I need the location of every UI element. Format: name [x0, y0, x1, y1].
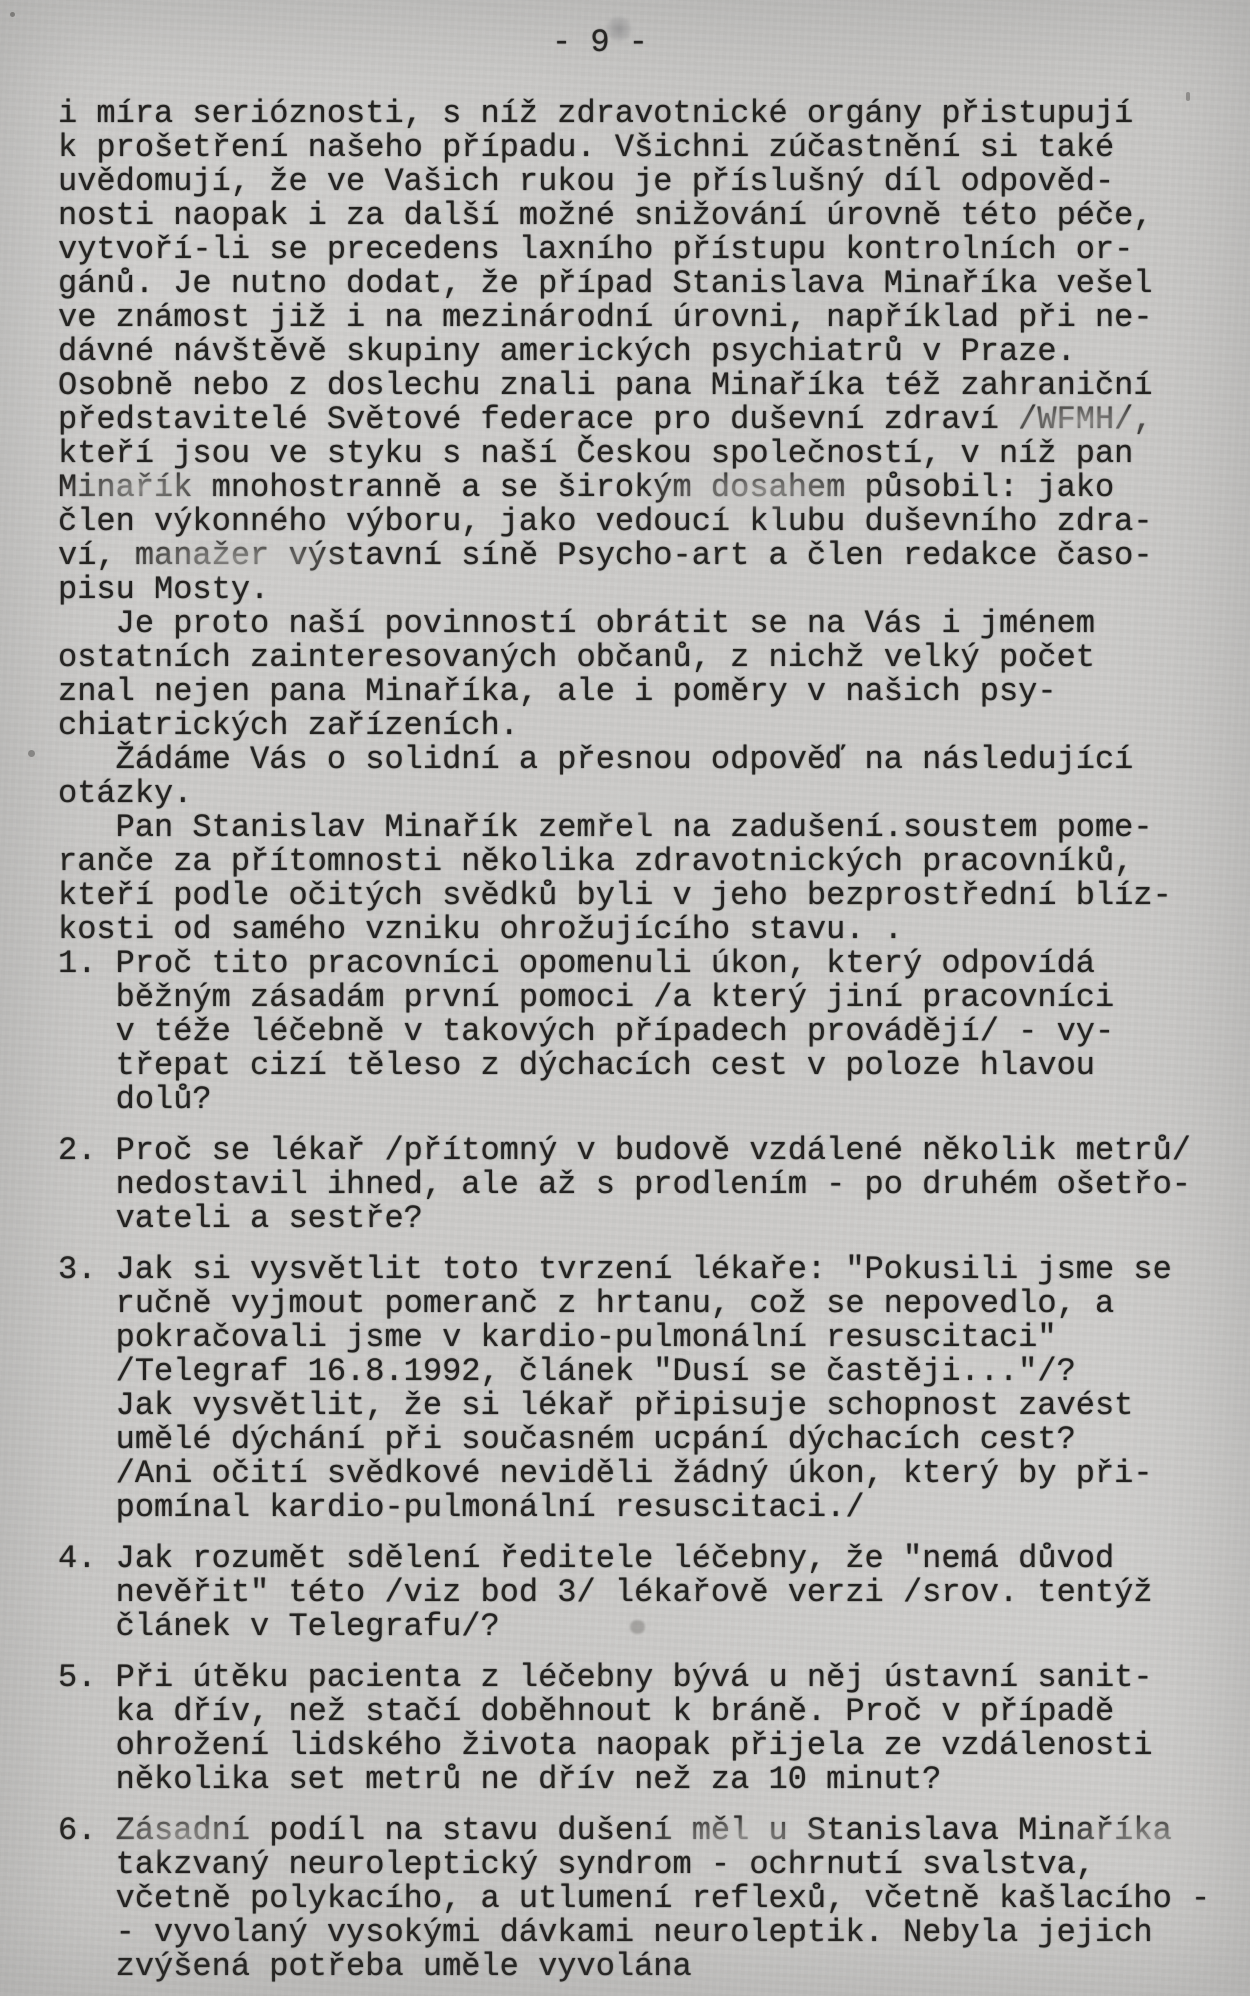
- paragraph: Je proto naší povinností obrátit se na V…: [58, 607, 1210, 743]
- paper-speck: [10, 12, 15, 17]
- question-item: 4. Jak rozumět sdělení ředitele léčebny,…: [58, 1542, 1210, 1644]
- question-item: 6. Zásadní podíl na stavu dušení měl u S…: [58, 1814, 1210, 1984]
- question-item: 1. Proč tito pracovníci opomenuli úkon, …: [58, 947, 1210, 1117]
- question-item: 3. Jak si vysvětlit toto tvrzení lékaře:…: [58, 1253, 1210, 1525]
- page-number: - 9 -: [0, 26, 1200, 60]
- question-item: 2. Proč se lékař /přítomný v budově vzdá…: [58, 1134, 1210, 1236]
- question-item: 5. Při útěku pacienta z léčebny bývá u n…: [58, 1661, 1210, 1797]
- paper-speck: [28, 750, 35, 757]
- paragraph: i míra serióznosti, s níž zdravotnické o…: [58, 97, 1210, 607]
- paragraph: Žádáme Vás o solidní a přesnou odpověď n…: [58, 743, 1210, 811]
- document-body: i míra serióznosti, s níž zdravotnické o…: [58, 97, 1210, 1984]
- paragraph: Pan Stanislav Minařík zemřel na zadušení…: [58, 811, 1210, 947]
